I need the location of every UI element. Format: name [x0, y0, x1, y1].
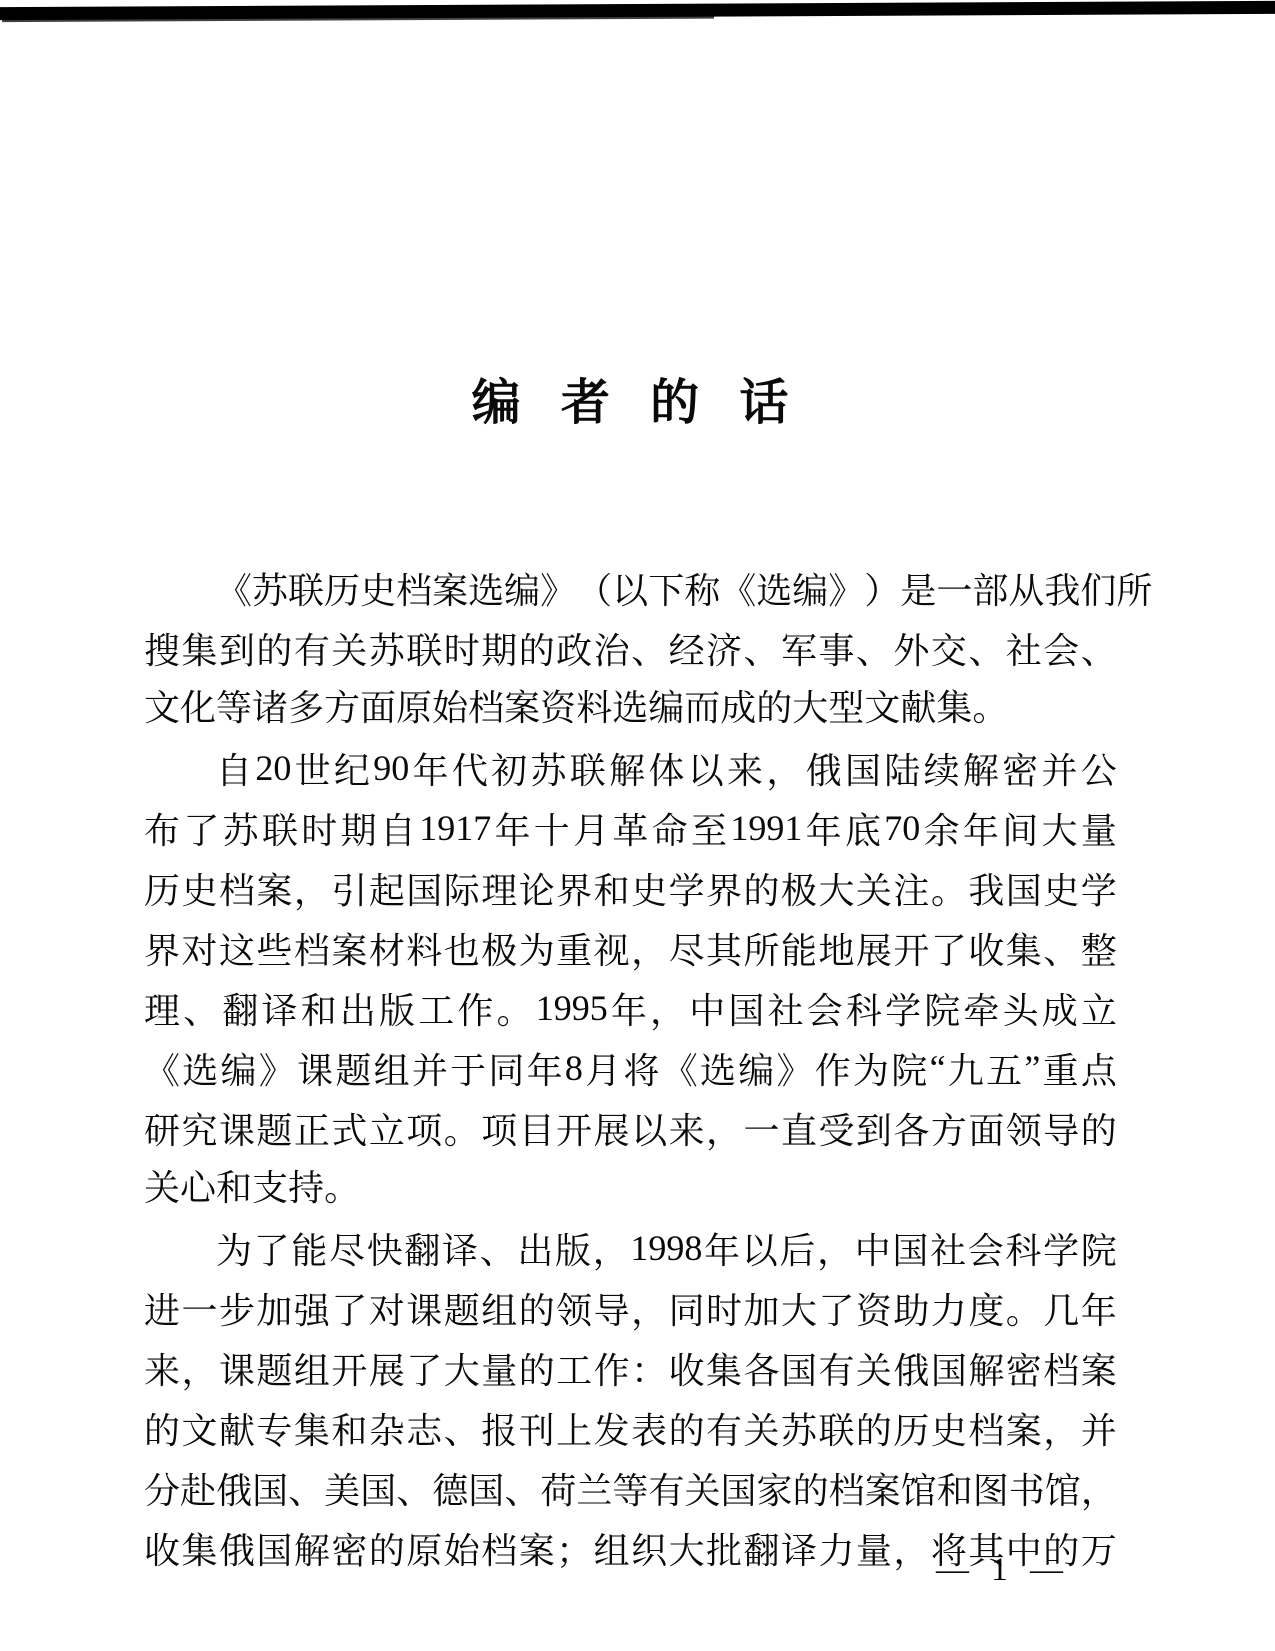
- page-number: — 1 —: [936, 1550, 1063, 1590]
- text-line: 历史档案，引起国际理论界和史学界的极大关注。我国史学: [144, 858, 1117, 918]
- scanned-book-page: 编 者 的 话 《苏联历史档案选编》（以下称《选编》）是一部从我们所搜集到的有关…: [0, 0, 1275, 1651]
- text-line: 为了能尽快翻译、出版，1998年以后，中国社会科学院: [144, 1218, 1117, 1278]
- text-line: 进一步加强了对课题组的领导，同时加大了资助力度。几年: [144, 1278, 1117, 1338]
- text-line: 理、翻译和出版工作。1995年，中国社会科学院牵头成立: [144, 978, 1117, 1038]
- text-line: 文化等诸多方面原始档案资料选编而成的大型文献集。: [144, 678, 1117, 738]
- text-line: 搜集到的有关苏联时期的政治、经济、军事、外交、社会、: [144, 618, 1117, 678]
- paragraph: 《苏联历史档案选编》（以下称《选编》）是一部从我们所搜集到的有关苏联时期的政治、…: [144, 558, 1117, 738]
- text-line: 《苏联历史档案选编》（以下称《选编》）是一部从我们所: [144, 558, 1117, 618]
- text-line: 来，课题组开展了大量的工作：收集各国有关俄国解密档案: [144, 1338, 1117, 1398]
- text-line: 界对这些档案材料也极为重视，尽其所能地展开了收集、整: [144, 918, 1117, 978]
- text-line: 的文献专集和杂志、报刊上发表的有关苏联的历史档案，并: [144, 1398, 1117, 1458]
- text-line: 布了苏联时期自1917年十月革命至1991年底70余年间大量: [144, 798, 1117, 858]
- scan-artifact-bar: [0, 1, 1275, 20]
- text-column: 《苏联历史档案选编》（以下称《选编》）是一部从我们所搜集到的有关苏联时期的政治、…: [144, 558, 1117, 1578]
- text-line: 分赴俄国、美国、德国、荷兰等有关国家的档案馆和图书馆，: [144, 1458, 1117, 1518]
- paragraph: 自20世纪90年代初苏联解体以来，俄国陆续解密并公布了苏联时期自1917年十月革…: [144, 738, 1117, 1218]
- text-line: 关心和支持。: [144, 1158, 1117, 1218]
- text-line: 《选编》课题组并于同年8月将《选编》作为院“九五”重点: [144, 1038, 1117, 1098]
- page-title: 编 者 的 话: [144, 374, 1117, 432]
- text-line: 自20世纪90年代初苏联解体以来，俄国陆续解密并公: [144, 738, 1117, 798]
- paragraph: 为了能尽快翻译、出版，1998年以后，中国社会科学院进一步加强了对课题组的领导，…: [144, 1218, 1117, 1578]
- text-line: 研究课题正式立项。项目开展以来，一直受到各方面领导的: [144, 1098, 1117, 1158]
